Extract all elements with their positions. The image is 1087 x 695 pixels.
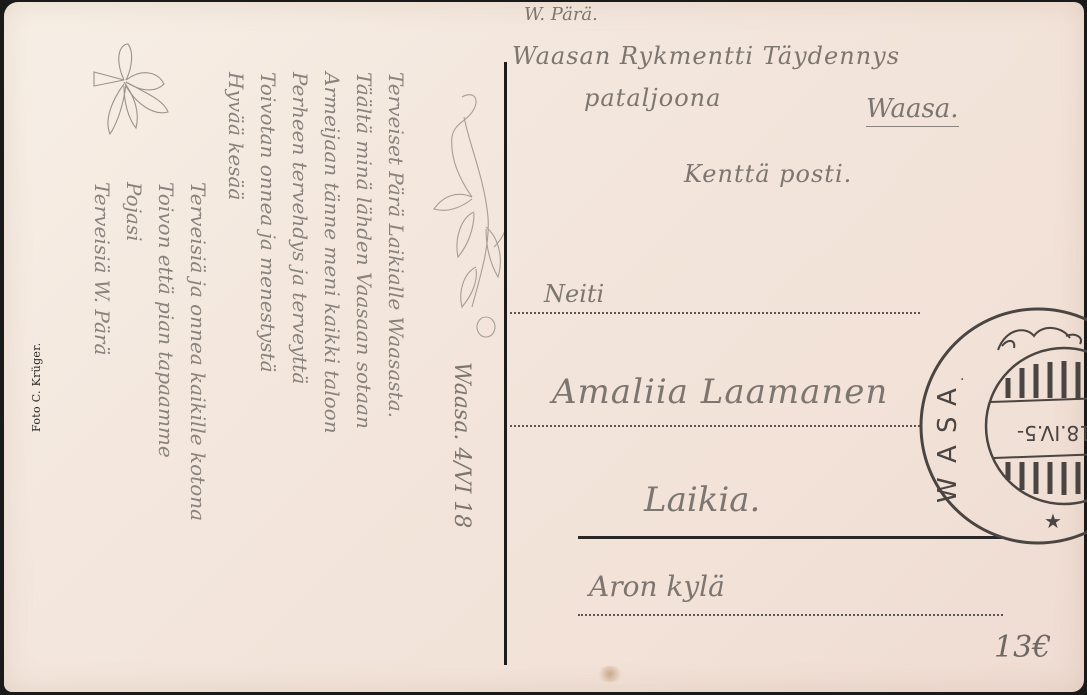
message-line: Terveiset Pärä Laikialle Waasasta. <box>380 72 412 434</box>
recipient-title: Neiti <box>544 280 604 308</box>
recipient-place: Laikia. <box>644 480 760 520</box>
svg-text:A: A <box>933 445 963 463</box>
postmark-star: ★ <box>1044 509 1062 533</box>
message-line: Terveisiä ja onnea kaikille kotona <box>182 182 214 521</box>
center-divider <box>504 62 507 665</box>
postcard-back: Foto C. Krüger. Terveiset Pärä Laikialle… <box>4 2 1084 692</box>
svg-text:W: W <box>933 477 963 503</box>
leafy-branch-sketch-icon <box>414 87 509 347</box>
photographer-credit: Foto C. Krüger. <box>30 343 43 432</box>
recipient-village: Aron kylä <box>589 570 725 603</box>
recipient-name: Amaliia Laamanen <box>552 372 888 412</box>
postmark-city: W A S A . <box>933 368 964 503</box>
sender-unit-city: Waasa. <box>866 94 959 127</box>
message-place-date: Waasa. 4/VI 18 <box>449 362 474 528</box>
message-line: Terveisiä W. Pärä <box>86 182 118 521</box>
postmark-date: 18.IV.5- <box>1017 421 1087 445</box>
address-line-4 <box>578 614 1003 616</box>
message-line: Toivotan onnea ja menestystä <box>252 72 284 434</box>
address-line-1 <box>510 312 920 314</box>
sender-name: W. Pärä. <box>524 4 598 25</box>
address-line-2 <box>510 425 920 427</box>
message-line: Perheen tervehdys ja terveyttä <box>284 72 316 434</box>
sender-field-post: Kenttä posti. <box>684 160 852 188</box>
message-line: Pojasi <box>118 182 150 521</box>
svg-text:.: . <box>960 368 964 384</box>
message-line: Armeijaan tänne meni kaikki taloon <box>316 72 348 434</box>
sender-unit-line1: Waasan Rykmentti Täydennys <box>512 42 900 70</box>
message-line: Täältä minä lähden Vaasaan sotaan <box>348 72 380 434</box>
paper-stain <box>596 666 624 682</box>
svg-text:S: S <box>933 416 963 433</box>
message-body-lower: Terveisiä ja onnea kaikille kotona Toivo… <box>86 182 214 521</box>
message-line: Hyvää kesää <box>220 72 252 434</box>
flower-sketch-icon <box>84 38 179 148</box>
sender-unit-line2: pataljoona <box>584 84 721 112</box>
svg-text:A: A <box>933 388 963 406</box>
catalog-mark: 13€ <box>994 630 1051 665</box>
message-line: Toivon että pian tapaamme <box>150 182 182 521</box>
postmark-stamp-icon: 18.IV.5- W A S A . ★ <box>916 298 1087 548</box>
postmark: 18.IV.5- W A S A . ★ <box>916 298 1087 548</box>
message-body: Terveiset Pärä Laikialle Waasasta. Täält… <box>220 72 412 434</box>
